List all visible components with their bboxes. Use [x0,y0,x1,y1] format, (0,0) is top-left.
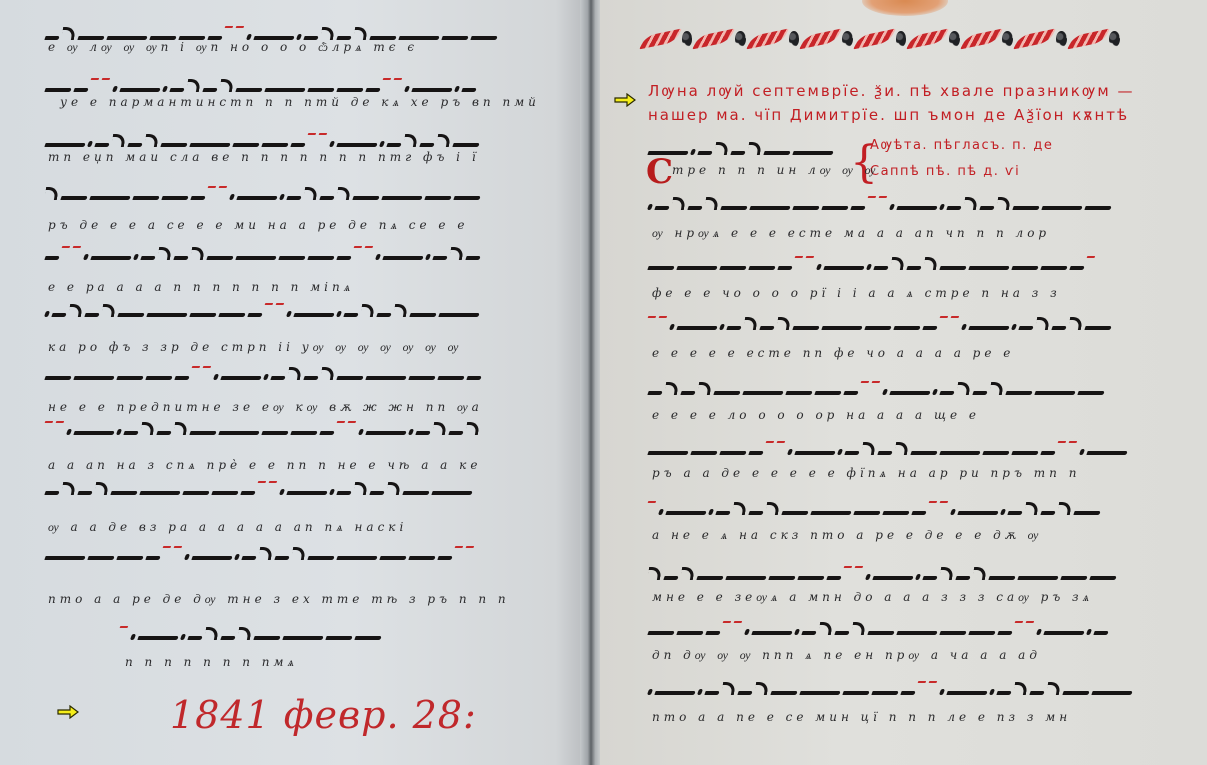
red-neume-mark [236,26,245,28]
neume-row [648,250,1138,270]
neume-glyph [1086,629,1092,635]
neume-glyph [932,389,938,395]
neume-row [648,310,1138,330]
ornament-flower [682,31,693,47]
neume-glyph [720,206,747,210]
neume-glyph [906,266,921,270]
neume-glyph [452,143,479,147]
neume-glyph [697,151,712,155]
neume-glyph [220,376,261,380]
neume-glyph [704,197,719,210]
neume-glyph [44,491,59,495]
neume-glyph [133,254,139,260]
ornament-ribbon [1013,28,1056,49]
neume-glyph [204,627,219,640]
ornament-flower [1002,31,1013,47]
red-neume-mark [844,566,853,568]
neume-glyph [1069,266,1084,270]
neume-glyph [145,376,172,380]
neume-glyph [156,431,171,435]
neume-glyph [821,326,862,330]
neume-glyph [889,204,895,210]
neume-glyph [336,143,377,147]
neume-glyph [44,556,85,560]
red-neume-mark [879,196,888,198]
neume-glyph [894,442,909,455]
neume-glyph [465,256,480,260]
red-neume-mark [648,501,657,503]
neume-glyph [844,451,859,455]
neume-glyph [658,509,664,515]
neume-glyph [77,491,92,495]
neume-glyph [144,134,159,147]
neume-glyph [369,491,384,495]
neume-glyph [145,556,160,560]
red-neume-mark [102,78,111,80]
neume-glyph [865,574,871,580]
neume-glyph [1079,449,1085,455]
neume-glyph [743,317,758,330]
neume-row [45,297,515,317]
neume-glyph [910,451,937,455]
neume-glyph [654,206,669,210]
red-neume-mark [734,621,743,623]
red-neume-mark [208,186,217,188]
neume-glyph [360,304,375,317]
neume-glyph [801,631,816,635]
ornament-flower [949,31,960,47]
neume-glyph [1034,391,1075,395]
neume-glyph [853,511,880,515]
neume-glyph [94,482,109,495]
neume-row [45,360,515,380]
neume-glyph [376,313,391,317]
neume-glyph [1035,317,1050,330]
red-neume-mark [174,546,183,548]
neume-glyph [777,266,792,270]
neume-glyph [1040,451,1055,455]
red-neume-mark [806,256,815,258]
neume-glyph [939,391,954,395]
neume-glyph [320,27,335,40]
neume-glyph [955,576,970,580]
lyric-line: тре п п п ин лѹ ѹ ѹ [672,163,879,178]
colophon-date: 1841 февр. 28: [170,693,477,737]
neume-glyph [1000,509,1006,515]
neume-glyph [319,196,334,200]
red-neume-mark [219,186,228,188]
neume-glyph [329,489,335,495]
neume-glyph [253,636,280,640]
neume-glyph [424,196,451,200]
neume-glyph [282,636,323,640]
neume-glyph [696,576,723,580]
red-neume-mark [258,481,267,483]
neume-glyph [1036,629,1042,635]
neume-glyph [229,194,235,200]
neume-glyph [190,247,205,260]
neume-glyph [336,556,377,560]
neume-glyph [1073,511,1100,515]
neume-glyph [1077,391,1104,395]
neume-glyph [946,691,987,695]
neume-glyph [851,622,866,635]
neume-glyph [325,636,352,640]
neume-glyph [213,374,219,380]
neume-glyph [647,567,662,580]
red-neume-mark [120,626,129,628]
red-neume-mark [394,78,403,80]
red-neume-mark [73,246,82,248]
rubric-line-1: Лѹна лѹй септемврїе. ѯи. пѣ хвале празни… [648,82,1134,100]
neume-glyph [792,326,819,330]
neume-glyph [770,691,797,695]
neume-glyph [687,206,702,210]
neume-glyph [146,313,187,317]
red-neume-mark [466,546,475,548]
red-neume-mark [929,681,938,683]
neume-glyph [263,374,269,380]
neume-glyph [972,391,987,395]
neume-glyph [386,482,401,495]
neume-glyph [719,451,746,455]
ornament-ribbon [799,28,842,49]
neume-glyph [279,489,285,495]
neume-glyph [173,256,188,260]
neume-glyph [379,141,385,147]
neume-glyph [286,196,301,200]
neume-glyph [1011,451,1038,455]
neume-glyph [448,431,463,435]
red-neume-mark [319,133,328,135]
red-neume-mark [929,501,938,503]
neume-glyph [730,151,745,155]
neume-glyph [676,326,717,330]
neume-glyph [816,264,822,270]
neume-glyph [235,88,262,92]
neume-glyph [873,266,888,270]
neume-glyph [261,143,288,147]
neume-glyph [353,482,368,495]
lyric-line: пто а а ре де дѹ тне з ех тте тѣ з ръ п … [48,592,510,607]
neume-glyph [110,491,137,495]
neume-glyph [44,143,85,147]
lyric-line: п п п п п п п пмѧ [125,655,298,670]
neume-glyph [437,376,464,380]
ornament-ribbon [1067,28,1110,49]
neume-glyph [721,682,736,695]
neume-glyph [112,86,118,92]
red-neume-mark [276,303,285,305]
neume-glyph [882,511,909,515]
neume-glyph [732,502,747,515]
neume-glyph [44,376,71,380]
neume-glyph [116,429,122,435]
neume-glyph [336,376,363,380]
neume-glyph [232,143,259,147]
neume-glyph [915,574,921,580]
neume-glyph [923,257,938,270]
neume-glyph [697,382,712,395]
neume-glyph [900,691,915,695]
mode-line-2: Саппѣ пѣ. пѣ д. ѵі [870,164,1020,179]
neume-glyph [303,376,318,380]
ornament-ribbon [692,28,735,49]
neume-glyph [647,151,688,155]
headpiece-ornament [645,22,1120,56]
lyric-line: дп дѹ ѹ ѹ ппп ѧ пе ен прѹ а ча а а ад [652,648,1041,663]
neume-glyph [206,256,233,260]
neume-glyph [44,311,50,317]
neume-glyph [1084,326,1111,330]
red-neume-mark [1015,621,1024,623]
neume-glyph [408,376,435,380]
neume-glyph [202,88,217,92]
neume-glyph [94,143,109,147]
neume-glyph [961,324,967,330]
neume-glyph [719,324,725,330]
neume-row [120,620,420,640]
red-neume-mark [192,366,201,368]
mode-line-1: Аѹѣта. пѣгласъ. п. де [870,138,1053,153]
neume-glyph [737,691,752,695]
red-neume-mark [348,421,357,423]
neume-glyph [989,382,1004,395]
neume-glyph [219,79,234,92]
neume-row [45,415,515,435]
red-neume-mark [163,546,172,548]
neume-glyph [87,556,114,560]
red-neume-mark [203,366,212,368]
neume-glyph [850,206,865,210]
neume-glyph [890,257,905,270]
neume-glyph [461,88,476,92]
lyric-line: уе е пармантинстп п п птй де кѧ хе ръ вп… [60,95,540,110]
neume-glyph [432,256,447,260]
neume-glyph [68,304,83,317]
neume-glyph [1046,682,1061,695]
neume-glyph [187,636,202,640]
neume-glyph [968,326,1009,330]
neume-glyph [989,689,995,695]
neume-glyph [241,556,256,560]
neume-glyph [1024,502,1039,515]
neume-glyph [84,313,99,317]
neume-glyph [946,206,961,210]
lyric-line: а не е ѧ на скз пто а ре е де е е дѫ ѹ [652,528,1042,543]
decorated-initial: С [646,155,673,189]
red-neume-mark [723,621,732,623]
neume-glyph [336,311,342,317]
lyric-line: пто а а пе е се мин цї п п п ле е пз з м… [652,710,1071,724]
neume-glyph [382,256,423,260]
neume-glyph [1062,691,1089,695]
neume-glyph [768,576,795,580]
neume-glyph [186,79,201,92]
neume-glyph [352,196,379,200]
neume-glyph [996,197,1011,210]
neume-glyph [278,256,305,260]
neume-glyph [44,187,59,200]
red-neume-mark [269,481,278,483]
neume-glyph [132,196,159,200]
neume-glyph [939,567,954,580]
neume-glyph [1011,324,1017,330]
neume-glyph [293,313,334,317]
neume-glyph [939,204,945,210]
neume-glyph [270,376,285,380]
neume-glyph [174,376,189,380]
neume-glyph [697,689,703,695]
lyric-line: ръ а а де е е е е е фїпѧ на ар ри пръ тп… [652,466,1080,481]
lyric-line: ка ро фъ з зр де стрп іі уѹ ѹ ѹ ѹ ѹ ѹ ѹ [48,340,462,355]
neume-glyph [834,631,849,635]
neume-glyph [386,143,401,147]
neume-glyph [438,313,479,317]
neume-glyph [843,391,858,395]
neume-glyph [748,511,763,515]
neume-glyph [235,256,276,260]
red-neume-mark [766,441,775,443]
red-neume-mark [861,381,870,383]
neume-glyph [922,576,937,580]
red-neume-mark [91,78,100,80]
neume-glyph [794,629,800,635]
neume-glyph [1017,576,1058,580]
red-neume-mark [354,246,363,248]
neume-glyph [1089,576,1116,580]
neume-glyph [365,431,406,435]
neume-glyph [680,391,695,395]
neume-glyph [713,391,740,395]
neume-glyph [823,266,864,270]
neume-glyph [336,491,351,495]
neume-glyph [393,304,408,317]
neume-glyph [140,422,155,435]
neume-glyph [882,389,888,395]
ornament-ribbon [906,28,949,49]
neume-glyph [1043,631,1084,635]
neume-glyph [189,431,216,435]
neume-glyph [180,634,186,640]
neume-glyph [911,511,926,515]
neume-glyph [759,326,774,330]
neume-glyph [436,134,451,147]
neume-row [648,495,1138,515]
lyric-line: е е е е е есте пп фе чо а а а а ре е [652,346,1014,360]
red-neume-mark [45,421,54,423]
neume-glyph [353,27,368,40]
neume-glyph [274,556,289,560]
lyric-line: фе е е чо о о о рї і і а а ѧ стре п на з… [652,286,1061,301]
neume-glyph [1011,266,1038,270]
red-neume-mark [337,421,346,423]
lyric-line: ѹ нрѹѧ е е е есте ма а а ап чп п п лор [652,226,1050,241]
neume-glyph [763,151,790,155]
neume-glyph [939,266,966,270]
neume-glyph [237,627,252,640]
neume-glyph [889,391,930,395]
red-neume-mark [855,566,864,568]
neume-glyph [258,547,273,560]
neume-glyph [336,187,351,200]
neume-glyph [726,326,741,330]
neume-glyph [291,547,306,560]
neume-glyph [286,491,327,495]
neume-glyph [787,449,793,455]
neume-glyph [665,511,706,515]
neume-glyph [818,622,833,635]
neume-glyph [408,556,435,560]
neume-glyph [671,197,686,210]
neume-glyph [66,429,72,435]
neume-glyph [454,86,460,92]
neume-glyph [90,256,131,260]
neume-glyph [286,311,292,317]
neume-glyph [988,576,1015,580]
neume-glyph [742,391,783,395]
neume-glyph [748,266,775,270]
neume-glyph [814,391,841,395]
neume-glyph [1051,326,1066,330]
lyric-line: не е е предпитне зе еѹ кѹ вѫ ж жн пп ѹа [48,400,483,415]
lyric-line: е е ра а а а п п п п п п п міпѧ [48,280,354,295]
arrow-right-icon [614,93,636,107]
neume-glyph [191,556,232,560]
neume-glyph [73,376,114,380]
lyric-line: а а ап на з спѧ прѐ е е пп п не е чѣ а а… [48,458,481,473]
neume-glyph [465,422,480,435]
neume-glyph [336,256,351,260]
neume-glyph [431,491,472,495]
neume-glyph [218,431,259,435]
neume-glyph [123,431,138,435]
red-neume-mark [951,316,960,318]
neume-row [648,560,1138,580]
neume-glyph [1007,511,1022,515]
neume-glyph [137,636,178,640]
neume-glyph [358,429,364,435]
neume-glyph [160,143,187,147]
neume-glyph [864,326,891,330]
neume-glyph [866,264,872,270]
neume-glyph [287,367,302,380]
neume-row [45,180,515,200]
neume-glyph [957,511,998,515]
neume-glyph [60,196,87,200]
neume-glyph [320,367,335,380]
neume-glyph [425,254,431,260]
neume-glyph [307,256,334,260]
red-neume-mark [872,381,881,383]
ornament-ribbon [960,28,1003,49]
ornament-ribbon [639,28,682,49]
neume-glyph [402,491,429,495]
neume-glyph [708,509,714,515]
neume-glyph [303,187,318,200]
neume-glyph [747,142,762,155]
neume-glyph [669,324,675,330]
red-neume-mark [777,441,786,443]
neume-glyph [647,204,653,210]
rubric-line-2: нашер ма. чїп Димитрїе. шп ъмон де Аѯїон… [648,106,1129,124]
neume-glyph [972,567,987,580]
neume-glyph [162,86,168,92]
neume-glyph [705,631,720,635]
neume-glyph [748,451,763,455]
neume-row [45,540,515,560]
neume-glyph [1068,317,1083,330]
